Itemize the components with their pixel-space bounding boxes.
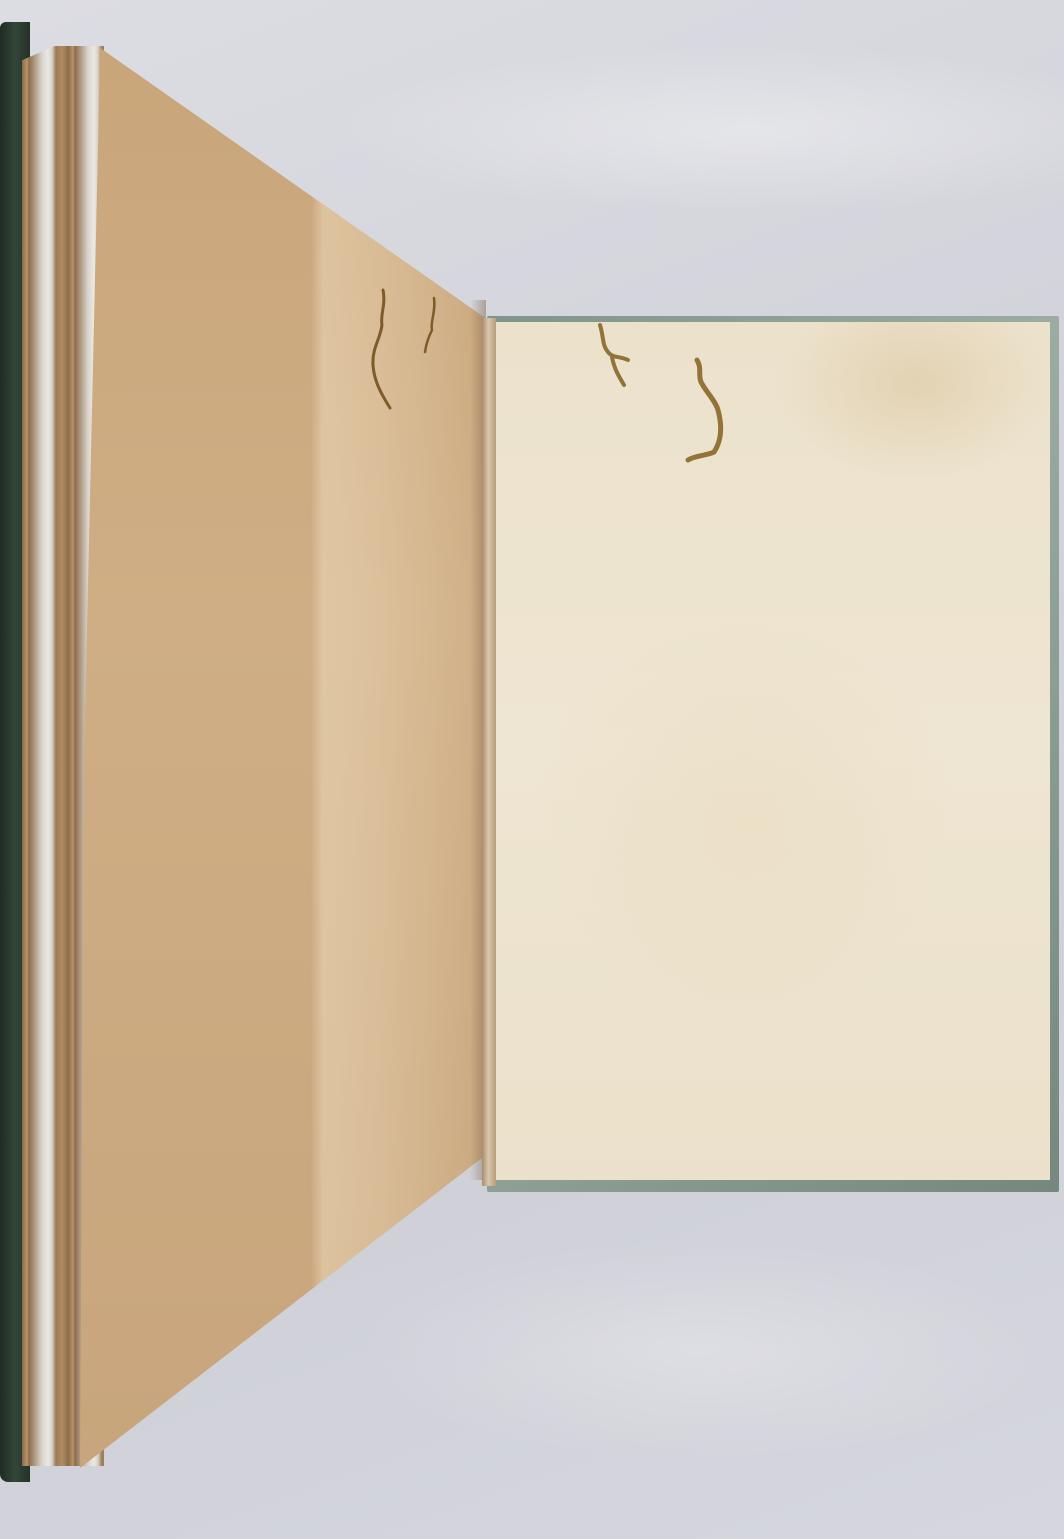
right-pastedown xyxy=(495,322,1050,1180)
book-gutter xyxy=(482,318,496,1186)
book-photo xyxy=(0,0,1064,1539)
